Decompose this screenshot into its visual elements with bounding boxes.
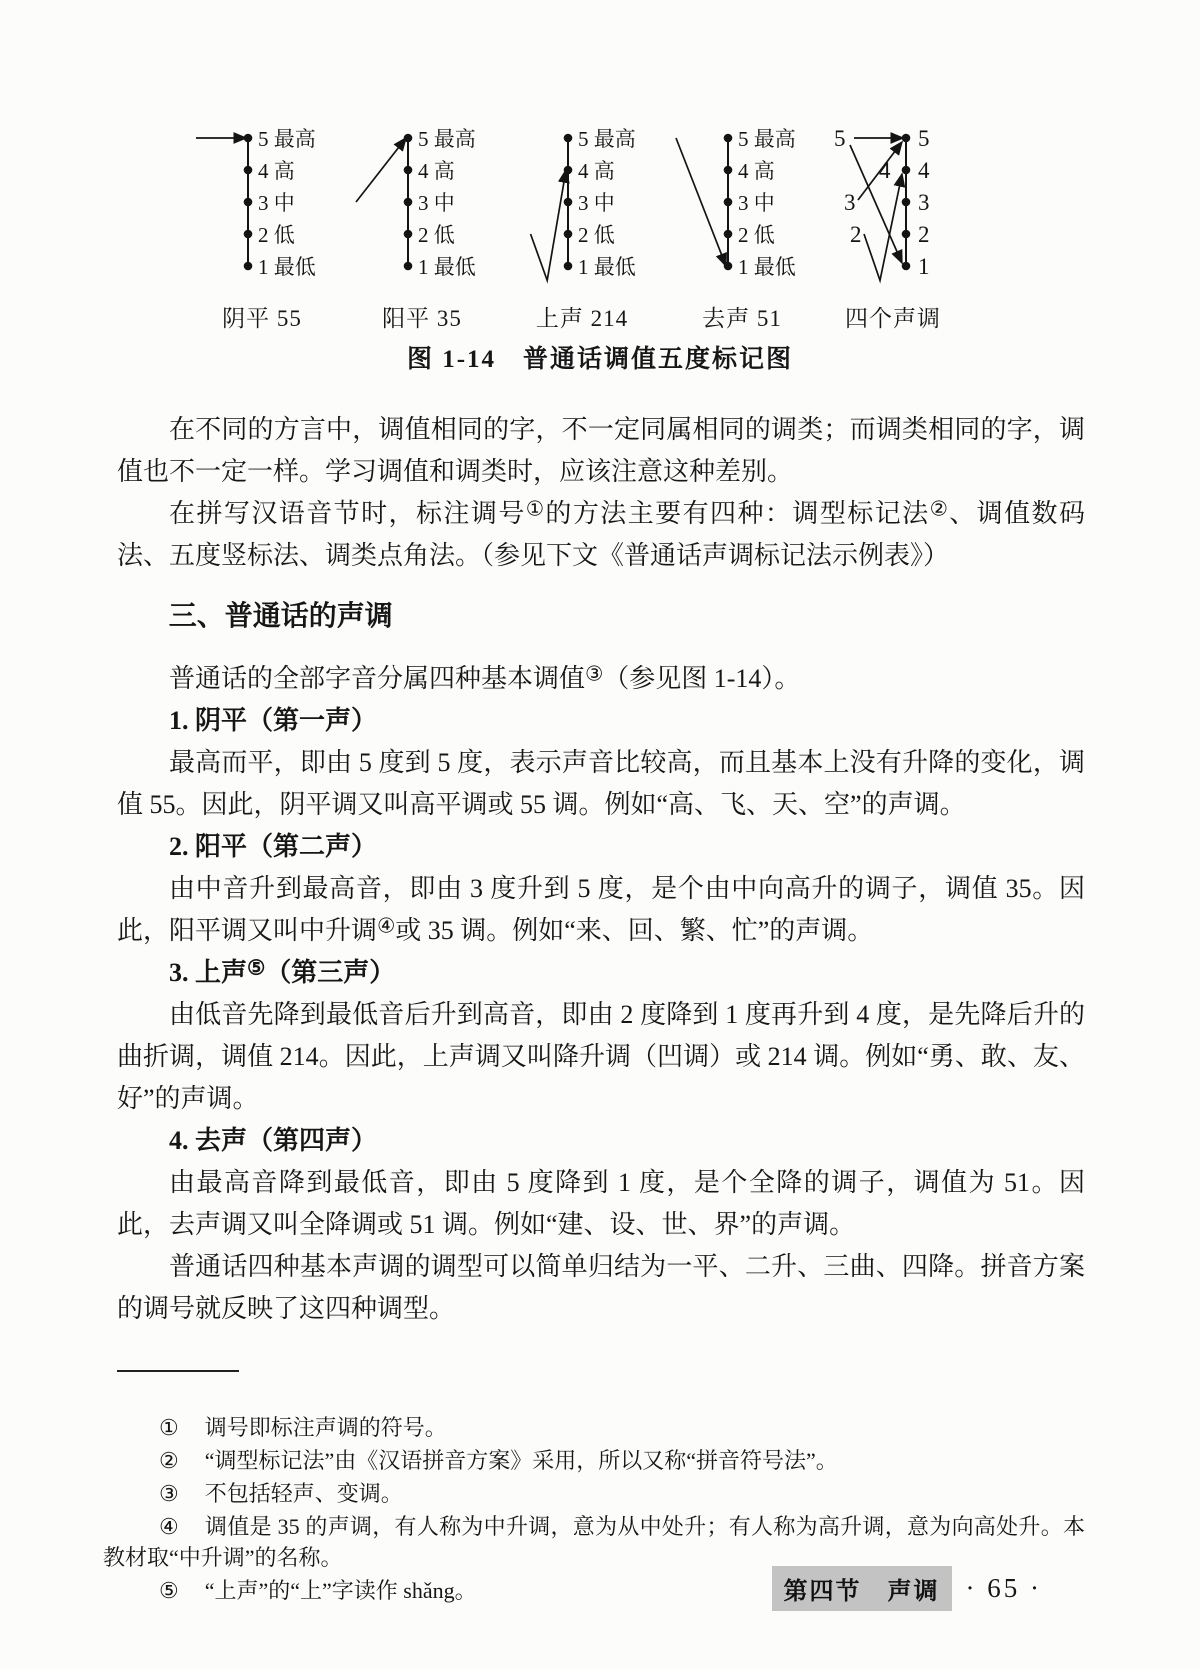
- footnote-ref: ④: [377, 916, 395, 938]
- scale-dot-3: [244, 198, 253, 207]
- footnote-item: ②“调型标记法”由《汉语拼音方案》采用，所以又称“拼音符号法”。: [103, 1445, 1085, 1476]
- scale-dot-4: [404, 166, 413, 175]
- scale-dot-1: [564, 262, 573, 271]
- pitch-label-left: 2: [850, 222, 862, 247]
- scale-dot-2: [404, 230, 413, 239]
- scale-label: 5 最高: [258, 127, 316, 151]
- text-run: 4. 去声（第四声）: [169, 1126, 377, 1155]
- text-run: 普通话四种基本声调的调型可以简单归结为一平、二升、三曲、四降。拼音方案的调号就反…: [117, 1252, 1085, 1323]
- page-number: · 65 ·: [966, 1573, 1042, 1604]
- scale-dot-2: [902, 230, 911, 239]
- tone-diagram-svg: 5 最高4 高3 中2 低1 最低: [666, 122, 818, 298]
- footnote-number: ④: [159, 1514, 179, 1539]
- scale-dot-4: [244, 166, 253, 175]
- tone-diagram-svg: 5 最高4 高3 中2 低1 最低: [506, 122, 658, 298]
- footnote-text: 不包括轻声、变调。: [205, 1481, 403, 1506]
- pitch-label-left: 3: [844, 190, 856, 215]
- text-run: （参见图 1-14）。: [603, 664, 800, 693]
- figure-tone-chart: 5 最高4 高3 中2 低1 最低阴平 555 最高4 高3 中2 低1 最低阳…: [0, 122, 1200, 375]
- pitch-label-left: 5: [834, 126, 846, 151]
- footnote-text: 调值是 35 的声调，有人称为中升调，意为从中处升；有人称为高升调，意为向高处升…: [103, 1514, 1085, 1570]
- footnote-number: ②: [159, 1448, 179, 1473]
- footnote-ref: ①: [526, 499, 546, 521]
- figure-caption: 图 1-14 普通话调值五度标记图: [0, 339, 1200, 375]
- tone1-heading: 1. 阴平（第一声）: [117, 700, 1085, 742]
- footnote-item: ④调值是 35 的声调，有人称为中升调，意为从中处升；有人称为高升调，意为向高处…: [103, 1511, 1085, 1573]
- scale-label: 4 高: [578, 159, 615, 183]
- text-run: 由低音先降到最低音后升到高音，即由 2 度降到 1 度再升到 4 度，是先降后升…: [117, 1000, 1085, 1113]
- scale-label: 3 中: [578, 191, 615, 215]
- scale-label: 5 最高: [578, 127, 636, 151]
- scale-label: 2 低: [418, 223, 455, 247]
- pitch-label-right: 2: [918, 222, 930, 247]
- scale-dot-3: [724, 198, 733, 207]
- scale-dot-3: [564, 198, 573, 207]
- scale-label: 1 最低: [578, 255, 636, 279]
- body-content: 在不同的方言中，调值相同的字，不一定同属相同的调类；而调类相同的字，调值也不一定…: [0, 409, 1200, 1330]
- paragraph-summary: 普通话四种基本声调的调型可以简单归结为一平、二升、三曲、四降。拼音方案的调号就反…: [117, 1246, 1085, 1330]
- text-run: 普通话的全部字音分属四种基本调值: [169, 664, 585, 693]
- tone2-paragraph: 由中音升到最高音，即由 3 度升到 5 度，是个由中向高升的调子，调值 35。因…: [117, 868, 1085, 952]
- footnote-item: ①调号即标注声调的符号。: [103, 1412, 1085, 1443]
- scale-label: 5 最高: [738, 127, 796, 151]
- tone-contour-qusheng: [676, 138, 726, 266]
- tone-diagram-label: 阴平 55: [186, 300, 338, 333]
- scale-label: 3 中: [738, 191, 775, 215]
- scale-label: 1 最低: [418, 255, 476, 279]
- text-run: 或 35 调。例如“来、回、繁、忙”的声调。: [395, 916, 873, 945]
- tone-diagram-yangping: 5 最高4 高3 中2 低1 最低阳平 35: [346, 122, 498, 333]
- scale-dot-1: [244, 262, 253, 271]
- pitch-label-right: 1: [918, 254, 930, 279]
- footnote-text: 调号即标注声调的符号。: [205, 1415, 447, 1440]
- tone-contour-yangping: [858, 142, 902, 200]
- footnote-text: “调型标记法”由《汉语拼音方案》采用，所以又称“拼音符号法”。: [205, 1448, 838, 1473]
- tone4-heading: 4. 去声（第四声）: [117, 1120, 1085, 1162]
- footnote-number: ①: [159, 1415, 179, 1440]
- tone-contour-shangsheng: [531, 170, 566, 280]
- tone-diagram-combined: 543215432四个声调: [826, 122, 960, 333]
- text-run: 由最高音降到最低音，即由 5 度降到 1 度，是个全降的调子，调值为 51。因此…: [117, 1168, 1085, 1239]
- section-heading: 三、普通话的声调: [117, 596, 1085, 638]
- page-footer: 第四节 声调 · 65 ·: [0, 1566, 1200, 1611]
- tone-diagram-shangsheng: 5 最高4 高3 中2 低1 最低上声 214: [506, 122, 658, 333]
- scale-label: 1 最低: [738, 255, 796, 279]
- scale-dot-5: [564, 134, 573, 143]
- tone2-heading: 2. 阳平（第二声）: [117, 826, 1085, 868]
- tone-diagram-label: 去声 51: [666, 300, 818, 333]
- tone-diagram-yinping: 5 最高4 高3 中2 低1 最低阴平 55: [186, 122, 338, 333]
- scale-label: 5 最高: [418, 127, 476, 151]
- pitch-label-right: 5: [918, 126, 930, 151]
- scale-dot-1: [404, 262, 413, 271]
- footnote-ref: ⑤: [247, 958, 265, 980]
- footer-section-badge: 第四节 声调: [772, 1566, 952, 1611]
- footnote-ref: ②: [930, 499, 950, 521]
- scale-label: 2 低: [738, 223, 775, 247]
- scale-dot-4: [724, 166, 733, 175]
- tone-diagram-qusheng: 5 最高4 高3 中2 低1 最低去声 51: [666, 122, 818, 333]
- scale-label: 1 最低: [258, 255, 316, 279]
- scale-dot-2: [564, 230, 573, 239]
- paragraph-notation: 在拼写汉语音节时，标注调号①的方法主要有四种：调型标记法②、调值数码法、五度竖标…: [117, 493, 1085, 577]
- text-run: 在不同的方言中，调值相同的字，不一定同属相同的调类；而调类相同的字，调值也不一定…: [117, 415, 1085, 486]
- paragraph-dialect: 在不同的方言中，调值相同的字，不一定同属相同的调类；而调类相同的字，调值也不一定…: [117, 409, 1085, 493]
- tone3-heading: 3. 上声⑤（第三声）: [117, 952, 1085, 994]
- paragraph-intro: 普通话的全部字音分属四种基本调值③（参见图 1-14）。: [117, 658, 1085, 700]
- tone-diagram-svg: 543215432: [826, 122, 960, 298]
- scale-label: 4 高: [738, 159, 775, 183]
- tone-contour-yangping: [356, 138, 406, 202]
- footnote-item: ③不包括轻声、变调。: [103, 1478, 1085, 1509]
- tone3-paragraph: 由低音先降到最低音后升到高音，即由 2 度降到 1 度再升到 4 度，是先降后升…: [117, 994, 1085, 1120]
- scale-label: 2 低: [578, 223, 615, 247]
- scale-dot-1: [902, 262, 911, 271]
- text-run: 最高而平，即由 5 度到 5 度，表示声音比较高，而且基本上没有升降的变化，调值…: [117, 748, 1085, 819]
- tone-diagrams-row: 5 最高4 高3 中2 低1 最低阴平 555 最高4 高3 中2 低1 最低阳…: [186, 122, 1200, 333]
- tone-diagram-label: 四个声调: [826, 300, 960, 333]
- scale-label: 3 中: [418, 191, 455, 215]
- scale-label: 2 低: [258, 223, 295, 247]
- text-run: （第三声）: [265, 958, 395, 987]
- text-run: 在拼写汉语音节时，标注调号: [169, 499, 526, 528]
- tone-diagram-svg: 5 最高4 高3 中2 低1 最低: [346, 122, 498, 298]
- scale-dot-2: [244, 230, 253, 239]
- scale-dot-4: [902, 166, 911, 175]
- footnote-number: ③: [159, 1481, 179, 1506]
- pitch-label-right: 4: [918, 158, 930, 183]
- scale-label: 4 高: [258, 159, 295, 183]
- scale-dot-3: [404, 198, 413, 207]
- scale-dot-5: [724, 134, 733, 143]
- text-run: 3. 上声: [169, 958, 247, 987]
- text-run: 的方法主要有四种：调型标记法: [545, 499, 929, 528]
- pitch-label-right: 3: [918, 190, 930, 215]
- tone-diagram-label: 阳平 35: [346, 300, 498, 333]
- tone4-paragraph: 由最高音降到最低音，即由 5 度降到 1 度，是个全降的调子，调值为 51。因此…: [117, 1162, 1085, 1246]
- scale-dot-2: [724, 230, 733, 239]
- text-run: 1. 阴平（第一声）: [169, 706, 377, 735]
- tone1-paragraph: 最高而平，即由 5 度到 5 度，表示声音比较高，而且基本上没有升降的变化，调值…: [117, 742, 1085, 826]
- tone-diagram-label: 上声 214: [506, 300, 658, 333]
- scale-dot-3: [902, 198, 911, 207]
- text-run: 2. 阳平（第二声）: [169, 832, 377, 861]
- scale-label: 4 高: [418, 159, 455, 183]
- scale-label: 3 中: [258, 191, 295, 215]
- book-page: 5 最高4 高3 中2 低1 最低阴平 555 最高4 高3 中2 低1 最低阳…: [0, 0, 1200, 1669]
- footnote-ref: ③: [585, 664, 603, 686]
- tone-diagram-svg: 5 最高4 高3 中2 低1 最低: [186, 122, 338, 298]
